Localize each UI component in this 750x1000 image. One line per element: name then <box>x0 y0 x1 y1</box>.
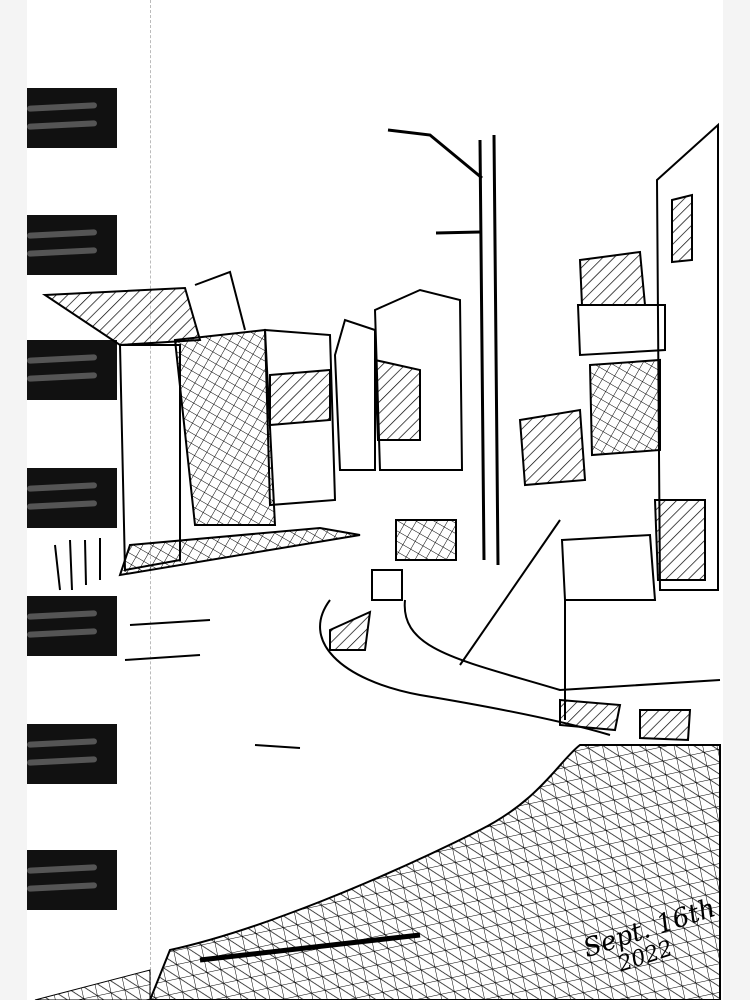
sketchbook-page: Sept. 16th 2022 <box>0 0 750 1000</box>
utility-pole <box>388 130 498 565</box>
street-sketch <box>0 0 750 1000</box>
vehicles <box>372 520 456 600</box>
right-buildings <box>520 125 718 600</box>
